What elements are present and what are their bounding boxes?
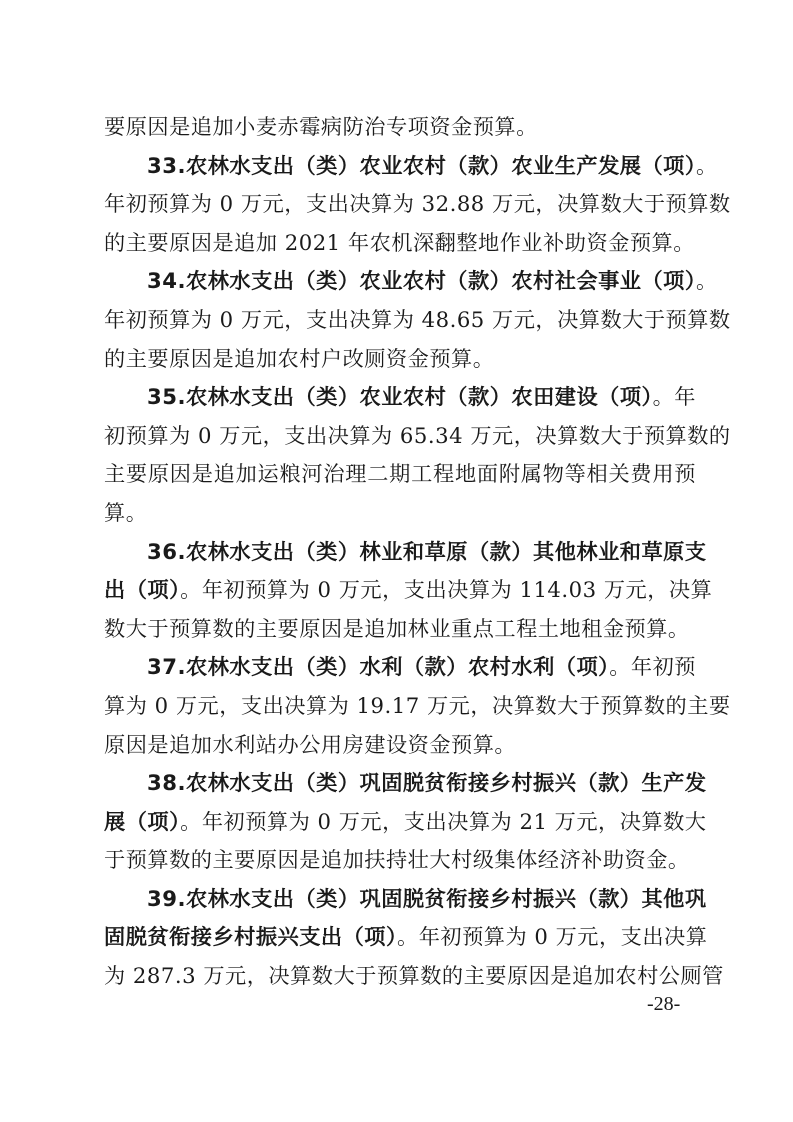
bold-heading: 35.农林水支出（类）农业农村（款）农田建设（项）: [147, 384, 653, 409]
bold-heading: 34.农林水支出（类）农业农村（款）农村社会事业（项）: [147, 268, 696, 293]
body-text: 的主要原因是追加 2021 年农机深翻整地作业补助资金预算。: [104, 230, 695, 255]
body-text: 。: [696, 153, 718, 178]
body-text: 为 287.3 万元，决算数大于预算数的主要原因是追加农村公厕管: [104, 963, 724, 988]
body-text: 于预算数的主要原因是追加扶持壮大村级集体经济补助资金。: [104, 847, 690, 872]
text-line: 于预算数的主要原因是追加扶持壮大村级集体经济补助资金。: [104, 841, 696, 880]
body-text: 数大于预算数的主要原因是追加林业重点工程土地租金预算。: [104, 616, 690, 641]
body-text: 算为 0 万元，支出决算为 19.17 万元，决算数大于预算数的主要: [104, 693, 731, 718]
body-text: 。年初预算为 0 万元，支出决算为 114.03 万元，决算: [180, 577, 712, 602]
body-text: 原因是追加水利站办公用房建设资金预算。: [104, 732, 516, 757]
text-line: 数大于预算数的主要原因是追加林业重点工程土地租金预算。: [104, 610, 696, 649]
text-line: 要原因是追加小麦赤霉病防治专项资金预算。: [104, 108, 696, 147]
document-body: 要原因是追加小麦赤霉病防治专项资金预算。33.农林水支出（类）农业农村（款）农业…: [104, 108, 696, 996]
text-line: 36.农林水支出（类）林业和草原（款）其他林业和草原支: [104, 533, 696, 572]
text-line: 固脱贫衔接乡村振兴支出（项）。年初预算为 0 万元，支出决算: [104, 918, 696, 957]
bold-heading: 出（项）: [104, 577, 180, 602]
text-line: 37.农林水支出（类）水利（款）农村水利（项）。年初预: [104, 648, 696, 687]
text-line: 为 287.3 万元，决算数大于预算数的主要原因是追加农村公厕管: [104, 957, 696, 996]
body-text: 的主要原因是追加农村户改厕资金预算。: [104, 346, 494, 371]
text-line: 原因是追加水利站办公用房建设资金预算。: [104, 726, 696, 765]
body-text: 初预算为 0 万元，支出决算为 65.34 万元，决算数大于预算数的: [104, 423, 731, 448]
bold-heading: 36.农林水支出（类）林业和草原（款）其他林业和草原支: [147, 539, 707, 564]
text-line: 年初预算为 0 万元，支出决算为 48.65 万元，决算数大于预算数: [104, 301, 696, 340]
text-line: 39.农林水支出（类）巩固脱贫衔接乡村振兴（款）其他巩: [104, 880, 696, 919]
page-number: -28-: [647, 993, 680, 1016]
body-text: 要原因是追加小麦赤霉病防治专项资金预算。: [104, 114, 538, 139]
text-line: 初预算为 0 万元，支出决算为 65.34 万元，决算数大于预算数的: [104, 417, 696, 456]
bold-heading: 38.农林水支出（类）巩固脱贫衔接乡村振兴（款）生产发: [147, 770, 707, 795]
text-line: 主要原因是追加运粮河治理二期工程地面附属物等相关费用预: [104, 455, 696, 494]
body-text: 。年初预算为 0 万元，支出决算为 21 万元，决算数大: [180, 809, 706, 834]
body-text: 。年初预: [609, 654, 696, 679]
text-line: 年初预算为 0 万元，支出决算为 32.88 万元，决算数大于预算数: [104, 185, 696, 224]
body-text: 。年: [653, 384, 696, 409]
text-line: 展（项）。年初预算为 0 万元，支出决算为 21 万元，决算数大: [104, 803, 696, 842]
body-text: 算。: [104, 500, 147, 525]
body-text: 年初预算为 0 万元，支出决算为 32.88 万元，决算数大于预算数: [104, 191, 731, 216]
bold-heading: 39.农林水支出（类）巩固脱贫衔接乡村振兴（款）其他巩: [147, 886, 707, 911]
text-line: 的主要原因是追加农村户改厕资金预算。: [104, 340, 696, 379]
text-line: 算。: [104, 494, 696, 533]
text-line: 出（项）。年初预算为 0 万元，支出决算为 114.03 万元，决算: [104, 571, 696, 610]
text-line: 35.农林水支出（类）农业农村（款）农田建设（项）。年: [104, 378, 696, 417]
body-text: 。年初预算为 0 万元，支出决算: [397, 924, 707, 949]
bold-heading: 展（项）: [104, 809, 180, 834]
bold-heading: 33.农林水支出（类）农业农村（款）农业生产发展（项）: [147, 153, 696, 178]
body-text: 。: [696, 268, 718, 293]
body-text: 年初预算为 0 万元，支出决算为 48.65 万元，决算数大于预算数: [104, 307, 731, 332]
text-line: 38.农林水支出（类）巩固脱贫衔接乡村振兴（款）生产发: [104, 764, 696, 803]
text-line: 算为 0 万元，支出决算为 19.17 万元，决算数大于预算数的主要: [104, 687, 696, 726]
bold-heading: 固脱贫衔接乡村振兴支出（项）: [104, 924, 397, 949]
text-line: 34.农林水支出（类）农业农村（款）农村社会事业（项）。: [104, 262, 696, 301]
text-line: 的主要原因是追加 2021 年农机深翻整地作业补助资金预算。: [104, 224, 696, 263]
body-text: 主要原因是追加运粮河治理二期工程地面附属物等相关费用预: [104, 461, 696, 486]
bold-heading: 37.农林水支出（类）水利（款）农村水利（项）: [147, 654, 609, 679]
text-line: 33.农林水支出（类）农业农村（款）农业生产发展（项）。: [104, 147, 696, 186]
